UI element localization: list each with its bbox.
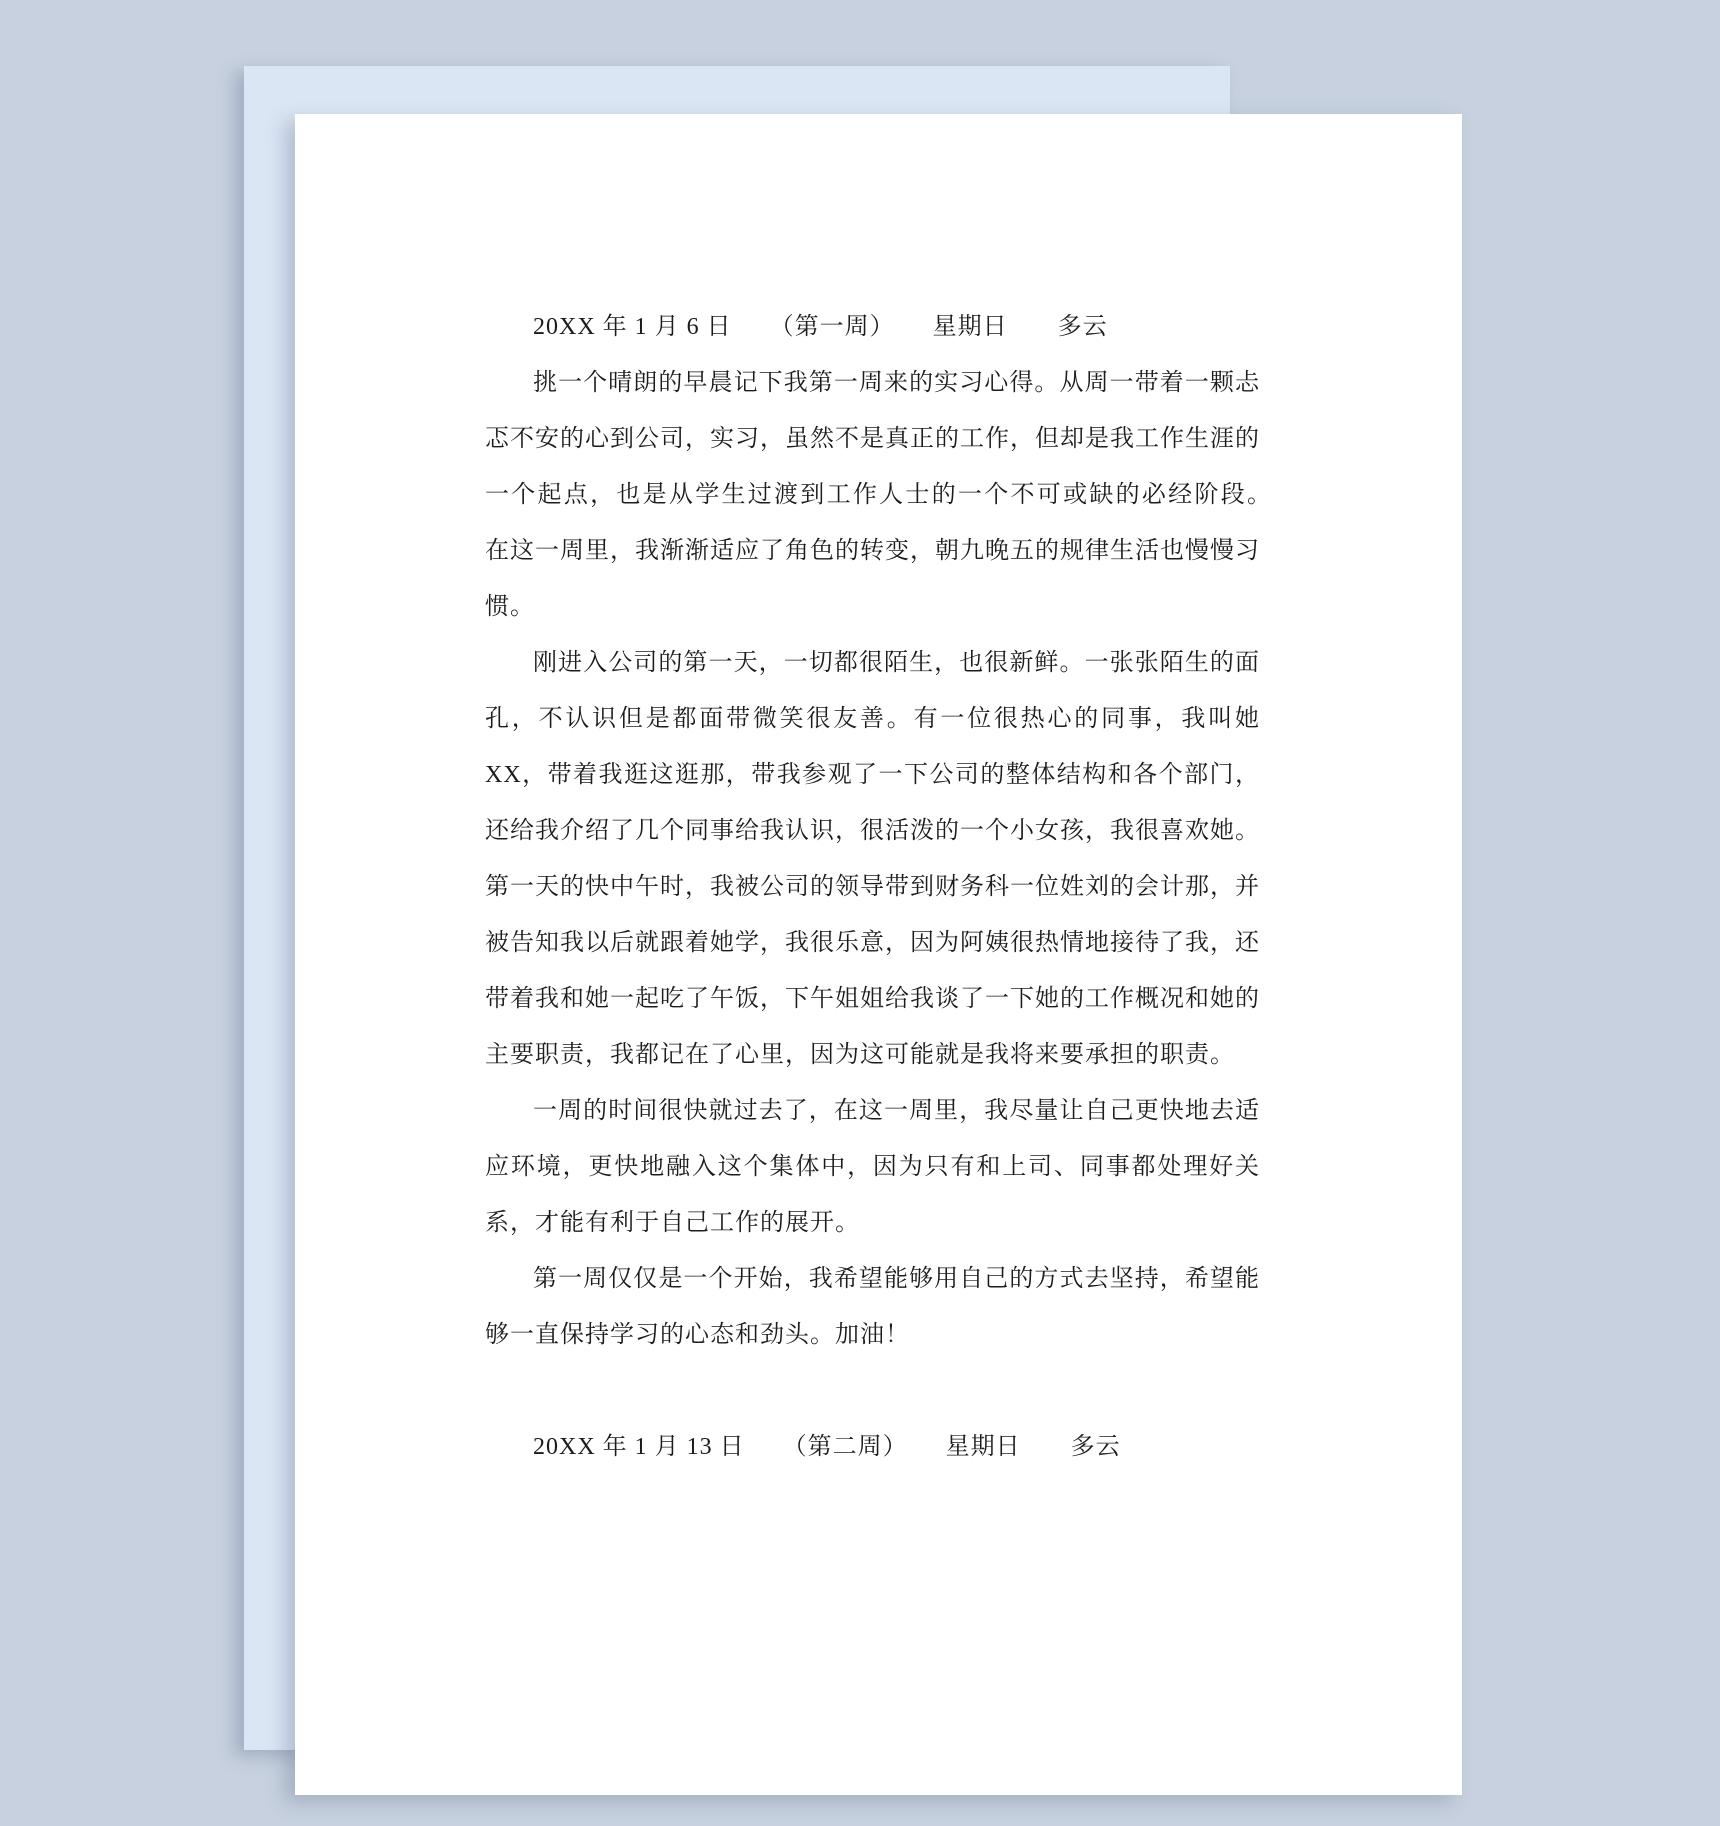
entry-1-paragraph-1: 挑一个晴朗的早晨记下我第一周来的实习心得。从周一带着一颗忐忑不安的心到公司，实习…: [485, 355, 1260, 635]
entry-1-paragraph-4: 第一周仅仅是一个开始，我希望能够用自己的方式去坚持，希望能够一直保持学习的心态和…: [485, 1251, 1260, 1363]
entry-1-paragraph-2: 刚进入公司的第一天，一切都很陌生，也很新鲜。一张张陌生的面孔，不认识但是都面带微…: [485, 635, 1260, 1083]
desktop-background: { "colors": { "background": "#c7d1df", "…: [0, 0, 1720, 1826]
entry-1-paragraph-3: 一周的时间很快就过去了，在这一周里，我尽量让自己更快地去适应环境，更快地融入这个…: [485, 1083, 1260, 1251]
entry-2-date-line: 20XX 年 1 月 13 日 （第二周） 星期日 多云: [485, 1419, 1260, 1475]
document-page: 20XX 年 1 月 6 日 （第一周） 星期日 多云 挑一个晴朗的早晨记下我第…: [295, 114, 1462, 1795]
entry-1-date-line: 20XX 年 1 月 6 日 （第一周） 星期日 多云: [485, 299, 1260, 355]
document-text-body: 20XX 年 1 月 6 日 （第一周） 星期日 多云 挑一个晴朗的早晨记下我第…: [485, 299, 1260, 1475]
